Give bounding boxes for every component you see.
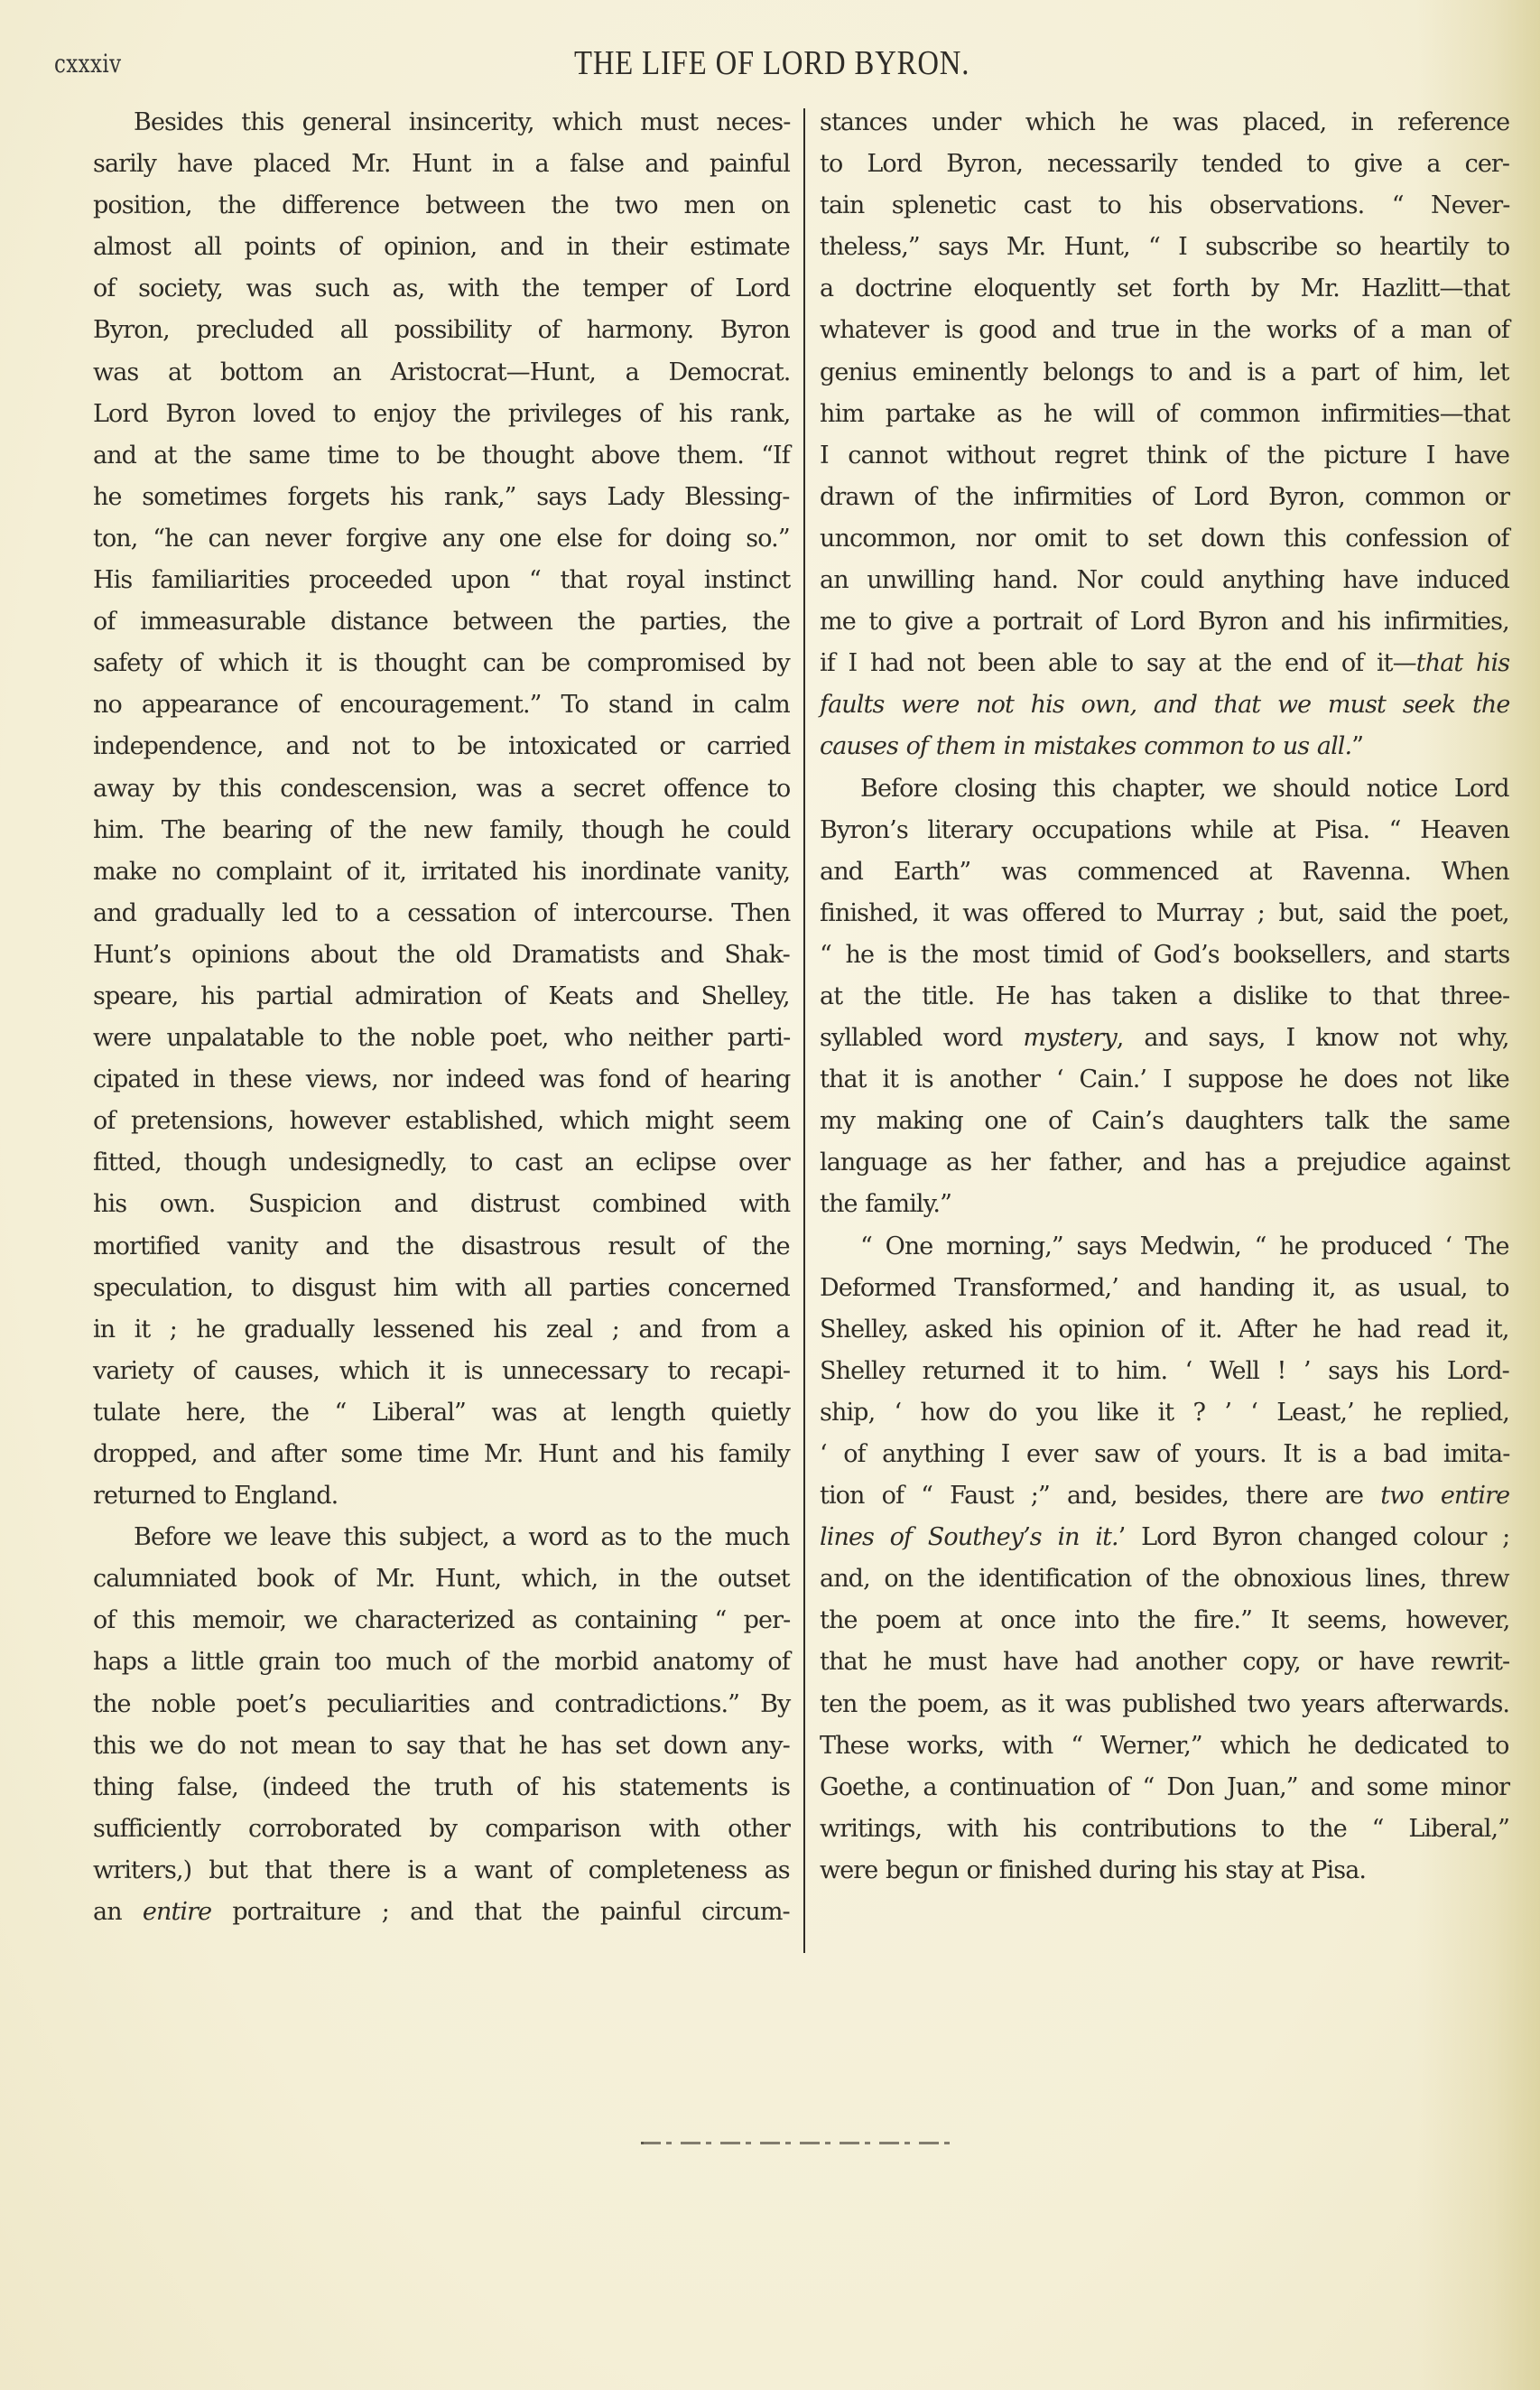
text-run: syllabled word [820,1024,1023,1052]
text-line: “ One morning,” says Medwin, “ he produc… [820,1226,1509,1268]
text-line-content: him. The bearing of the new family, thou… [93,810,790,851]
text-line-content: the poem at once into the fire.” It seem… [820,1600,1509,1641]
text-line: genius eminently belongs to and is a par… [820,352,1509,394]
text-line: that he must have had another copy, or h… [820,1641,1509,1683]
text-line-content: These works, with “ Werner,” which he de… [820,1725,1509,1767]
text-line-content: Deformed Transformed,’ and handing it, a… [820,1268,1509,1309]
text-line-content: writings, with his contributions to the … [820,1809,1509,1850]
text-line-content: almost all points of opinion, and in the… [93,227,790,268]
text-line: to Lord Byron, necessarily tended to giv… [820,144,1509,185]
page-number: cxxxiv [54,49,121,79]
text-line-content: me to give a portrait of Lord Byron and … [820,601,1509,643]
end-of-chapter-rule [641,2142,952,2144]
text-line: speare, his partial admiration of Keats … [93,976,790,1018]
text-line: lines of Southey’s in it.’ Lord Byron ch… [820,1517,1509,1558]
text-run: tion of “ Faust ;” and, besides, there a… [820,1482,1380,1510]
text-line-content: cipated in these views, nor indeed was f… [93,1059,790,1101]
italic-run: lines of Southey’s in it. [820,1523,1118,1551]
text-line-content: an entire portraiture ; and that the pai… [93,1892,790,1933]
text-line-content: calumniated book of Mr. Hunt, which, in … [93,1558,790,1600]
text-line-content: to Lord Byron, necessarily tended to giv… [820,144,1509,185]
italic-run: causes of them in mistakes common to us … [820,732,1351,760]
text-line-content: ton, “he can never forgive any one else … [93,518,790,560]
text-line: make no complaint of it, irritated his i… [93,851,790,893]
italic-run: that his [1416,649,1509,677]
text-line-content: language as her father, and has a prejud… [820,1142,1509,1184]
text-line: faults were not his own, and that we mus… [820,684,1509,726]
text-line: Lord Byron loved to enjoy the privileges… [93,394,790,435]
text-line-content: he sometimes forgets his rank,” says Lad… [93,477,790,518]
text-line-content: Hunt’s opinions about the old Dramatists… [93,935,790,976]
text-line: stances under which he was placed, in re… [820,102,1509,144]
text-line: of this memoir, we characterized as cont… [93,1600,790,1641]
text-line: sarily have placed Mr. Hunt in a false a… [93,144,790,185]
text-line: me to give a portrait of Lord Byron and … [820,601,1509,643]
text-line: and Earth” was commenced at Ravenna. Whe… [820,851,1509,893]
text-run: ’ Lord Byron changed colour ; [1118,1523,1510,1551]
text-line: Deformed Transformed,’ and handing it, a… [820,1268,1509,1309]
text-line: variety of causes, which it is unnecessa… [93,1351,790,1392]
italic-run: entire [143,1898,211,1926]
text-line: returned to England. [93,1475,790,1517]
text-line-content: this we do not mean to say that he has s… [93,1725,790,1767]
text-line-content: variety of causes, which it is unnecessa… [93,1351,790,1392]
text-line: theless,” says Mr. Hunt, “ I subscribe s… [820,227,1509,268]
text-line: safety of which it is thought can be com… [93,643,790,684]
text-line-content: uncommon, nor omit to set down this conf… [820,518,1509,560]
text-line-content: sarily have placed Mr. Hunt in a false a… [93,144,790,185]
text-line: I cannot without regret think of the pic… [820,435,1509,477]
text-line: Byron’s literary occupations while at Pi… [820,810,1509,851]
text-line: sufficiently corroborated by comparison … [93,1809,790,1850]
text-line: a doctrine eloquently set forth by Mr. H… [820,268,1509,310]
text-line-content: speare, his partial admiration of Keats … [93,976,790,1018]
text-line: haps a little grain too much of the morb… [93,1641,790,1683]
text-line-content: safety of which it is thought can be com… [93,643,790,684]
column-divider [803,108,805,1953]
text-line: the noble poet’s peculiarities and contr… [93,1684,790,1725]
text-line-content: theless,” says Mr. Hunt, “ I subscribe s… [820,227,1509,268]
text-line-content: returned to England. [93,1475,338,1517]
text-line-content: sufficiently corroborated by comparison … [93,1809,790,1850]
text-line: whatever is good and true in the works o… [820,310,1509,351]
text-line: Shelley returned it to him. ‘ Well ! ’ s… [820,1351,1509,1392]
text-line: cipated in these views, nor indeed was f… [93,1059,790,1101]
text-line: uncommon, nor omit to set down this conf… [820,518,1509,560]
text-line: Besides this general insincerity, which … [93,102,790,144]
text-line: and, on the identification of the obnoxi… [820,1558,1509,1600]
text-line: ship, ‘ how do you like it ? ’ ‘ Least,’… [820,1392,1509,1434]
text-run: , and says, I know not why, [1117,1024,1509,1052]
text-line: tion of “ Faust ;” and, besides, there a… [820,1475,1509,1517]
text-line: tain splenetic cast to his observations.… [820,185,1509,227]
text-line: if I had not been able to say at the end… [820,643,1509,684]
text-line-content: haps a little grain too much of the morb… [93,1641,790,1683]
text-line-content: if I had not been able to say at the end… [820,643,1509,684]
text-line: dropped, and after some time Mr. Hunt an… [93,1434,790,1475]
text-line-content: his own. Suspicion and distrust combined… [93,1184,790,1225]
text-line: his own. Suspicion and distrust combined… [93,1184,790,1225]
text-line-content: of society, was such as, with the temper… [93,268,790,310]
text-line: Goethe, a continuation of “ Don Juan,” a… [820,1767,1509,1809]
text-line-content: and gradually led to a cessation of inte… [93,893,790,935]
text-line-content: Goethe, a continuation of “ Don Juan,” a… [820,1767,1509,1809]
text-line-content: stances under which he was placed, in re… [820,102,1509,144]
text-line-content: him partake as he will of common infirmi… [820,394,1509,435]
text-line-content: of this memoir, we characterized as cont… [93,1600,790,1641]
text-line: of immeasurable distance between the par… [93,601,790,643]
text-line-content: my making one of Cain’s daughters talk t… [820,1101,1509,1142]
text-line-content: and at the same time to be thought above… [93,435,790,477]
text-line: this we do not mean to say that he has s… [93,1725,790,1767]
text-line-content: dropped, and after some time Mr. Hunt an… [93,1434,790,1475]
text-line-content: tain splenetic cast to his observations.… [820,185,1509,227]
text-line-content: His familiarities proceeded upon “ that … [93,560,790,601]
text-line-content: independence, and not to be intoxicated … [93,726,790,767]
text-run: an [93,1898,143,1926]
text-line-content: mortified vanity and the disastrous resu… [93,1226,790,1268]
text-line: mortified vanity and the disastrous resu… [93,1226,790,1268]
text-line-content: thing false, (indeed the truth of his st… [93,1767,790,1809]
text-line: tulate here, the “ Liberal” was at lengt… [93,1392,790,1434]
text-line-content: Byron, precluded all possibility of harm… [93,310,790,351]
text-line: writers,) but that there is a want of co… [93,1850,790,1892]
text-line: and gradually led to a cessation of inte… [93,893,790,935]
text-line-content: Byron’s literary occupations while at Pi… [820,810,1509,851]
italic-run: faults were not his own, and that we mus… [820,691,1509,719]
text-line-content: Shelley, asked his opinion of it. After … [820,1309,1509,1351]
text-line: speculation, to disgust him with all par… [93,1268,790,1309]
text-line: Byron, precluded all possibility of harm… [93,310,790,351]
text-line-content: and Earth” was commenced at Ravenna. Whe… [820,851,1509,893]
text-line-content: ten the poem, as it was published two ye… [820,1684,1509,1725]
text-line-content: were begun or finished during his stay a… [820,1850,1366,1892]
text-line: calumniated book of Mr. Hunt, which, in … [93,1558,790,1600]
text-line: were begun or finished during his stay a… [820,1850,1509,1892]
text-line-content: and, on the identification of the obnoxi… [820,1558,1509,1600]
text-line-content: syllabled word mystery, and says, I know… [820,1018,1509,1059]
text-line: syllabled word mystery, and says, I know… [820,1018,1509,1059]
text-line: were unpalatable to the noble poet, who … [93,1018,790,1059]
text-line: ton, “he can never forgive any one else … [93,518,790,560]
right-text-column: stances under which he was placed, in re… [820,102,1509,1892]
text-line-content: “ One morning,” says Medwin, “ he produc… [860,1226,1509,1268]
text-line-content: ship, ‘ how do you like it ? ’ ‘ Least,’… [820,1392,1509,1434]
text-line: writings, with his contributions to the … [820,1809,1509,1850]
text-line-content: position, the difference between the two… [93,185,790,227]
text-line-content: in it ; he gradually lessened his zeal ;… [93,1309,790,1351]
text-line-content: away by this condescension, was a secret… [93,768,790,810]
page-header: cxxxiv THE LIFE OF LORD BYRON. [0,43,1540,87]
text-line-content: lines of Southey’s in it.’ Lord Byron ch… [820,1517,1509,1558]
text-line-content: Shelley returned it to him. ‘ Well ! ’ s… [820,1351,1509,1392]
text-line: causes of them in mistakes common to us … [820,726,1509,767]
text-line-content: speculation, to disgust him with all par… [93,1268,790,1309]
text-line-content: make no complaint of it, irritated his i… [93,851,790,893]
text-line-content: the family.” [820,1184,951,1225]
text-line: my making one of Cain’s daughters talk t… [820,1101,1509,1142]
text-line-content: faults were not his own, and that we mus… [820,684,1509,726]
text-line: finished, it was offered to Murray ; but… [820,893,1509,935]
text-line: Shelley, asked his opinion of it. After … [820,1309,1509,1351]
text-line: thing false, (indeed the truth of his st… [93,1767,790,1809]
italic-run: mystery [1023,1024,1116,1052]
text-line: Hunt’s opinions about the old Dramatists… [93,935,790,976]
text-line-content: tion of “ Faust ;” and, besides, there a… [820,1475,1509,1517]
text-line: was at bottom an Aristocrat—Hunt, a Demo… [93,352,790,394]
text-line: the family.” [820,1184,1509,1225]
text-line-content: genius eminently belongs to and is a par… [820,352,1509,394]
text-line-content: tulate here, the “ Liberal” was at lengt… [93,1392,790,1434]
left-text-column: Besides this general insincerity, which … [93,102,790,1933]
text-line: an entire portraiture ; and that the pai… [93,1892,790,1933]
text-line-content: the noble poet’s peculiarities and contr… [93,1684,790,1725]
italic-run: two entire [1380,1482,1509,1510]
text-line-content: no appearance of encouragement.” To stan… [93,684,790,726]
text-line-content: of pretensions, however established, whi… [93,1101,790,1142]
text-line: of society, was such as, with the temper… [93,268,790,310]
text-line: that it is another ‘ Cain.’ I suppose he… [820,1059,1509,1101]
text-line: almost all points of opinion, and in the… [93,227,790,268]
text-line-content: that it is another ‘ Cain.’ I suppose he… [820,1059,1509,1101]
text-line-content: Before closing this chapter, we should n… [860,768,1509,810]
text-line: language as her father, and has a prejud… [820,1142,1509,1184]
text-line-content: a doctrine eloquently set forth by Mr. H… [820,268,1509,310]
text-line-content: Before we leave this subject, a word as … [134,1517,790,1558]
text-line-content: were unpalatable to the noble poet, who … [93,1018,790,1059]
text-line-content: causes of them in mistakes common to us … [820,726,1363,767]
text-line: him partake as he will of common infirmi… [820,394,1509,435]
text-line: ‘ of anything I ever saw of yours. It is… [820,1434,1509,1475]
text-line: no appearance of encouragement.” To stan… [93,684,790,726]
text-line-content: ‘ of anything I ever saw of yours. It is… [820,1434,1509,1475]
text-line-content: writers,) but that there is a want of co… [93,1850,790,1892]
text-run: ” [1351,732,1363,760]
text-line: His familiarities proceeded upon “ that … [93,560,790,601]
text-run: portraiture ; and that the painful circu… [211,1898,790,1926]
text-line: him. The bearing of the new family, thou… [93,810,790,851]
text-line: Before closing this chapter, we should n… [820,768,1509,810]
text-line: “ he is the most timid of God’s booksell… [820,935,1509,976]
text-line-content: “ he is the most timid of God’s booksell… [820,935,1509,976]
text-line-content: was at bottom an Aristocrat—Hunt, a Demo… [93,352,790,394]
text-line-content: at the title. He has taken a dislike to … [820,976,1509,1018]
text-line: independence, and not to be intoxicated … [93,726,790,767]
text-line-content: that he must have had another copy, or h… [820,1641,1509,1683]
text-line: he sometimes forgets his rank,” says Lad… [93,477,790,518]
text-line-content: fitted, though undesignedly, to cast an … [93,1142,790,1184]
text-line: drawn of the infirmities of Lord Byron, … [820,477,1509,518]
text-run: if I had not been able to say at the end… [820,649,1416,677]
text-line-content: finished, it was offered to Murray ; but… [820,893,1509,935]
text-line: of pretensions, however established, whi… [93,1101,790,1142]
text-line: These works, with “ Werner,” which he de… [820,1725,1509,1767]
text-line: the poem at once into the fire.” It seem… [820,1600,1509,1641]
text-line: at the title. He has taken a dislike to … [820,976,1509,1018]
text-line: ten the poem, as it was published two ye… [820,1684,1509,1725]
text-line: an unwilling hand. Nor could anything ha… [820,560,1509,601]
text-line-content: whatever is good and true in the works o… [820,310,1509,351]
text-line-content: drawn of the infirmities of Lord Byron, … [820,477,1509,518]
text-line: position, the difference between the two… [93,185,790,227]
text-line: Before we leave this subject, a word as … [93,1517,790,1558]
text-line-content: I cannot without regret think of the pic… [820,435,1509,477]
text-line: fitted, though undesignedly, to cast an … [93,1142,790,1184]
text-line-content: of immeasurable distance between the par… [93,601,790,643]
text-line-content: an unwilling hand. Nor could anything ha… [820,560,1509,601]
text-line: in it ; he gradually lessened his zeal ;… [93,1309,790,1351]
text-line: and at the same time to be thought above… [93,435,790,477]
text-line: away by this condescension, was a secret… [93,768,790,810]
text-line-content: Lord Byron loved to enjoy the privileges… [93,394,790,435]
text-line-content: Besides this general insincerity, which … [134,102,790,144]
running-title: THE LIFE OF LORD BYRON. [574,43,969,83]
